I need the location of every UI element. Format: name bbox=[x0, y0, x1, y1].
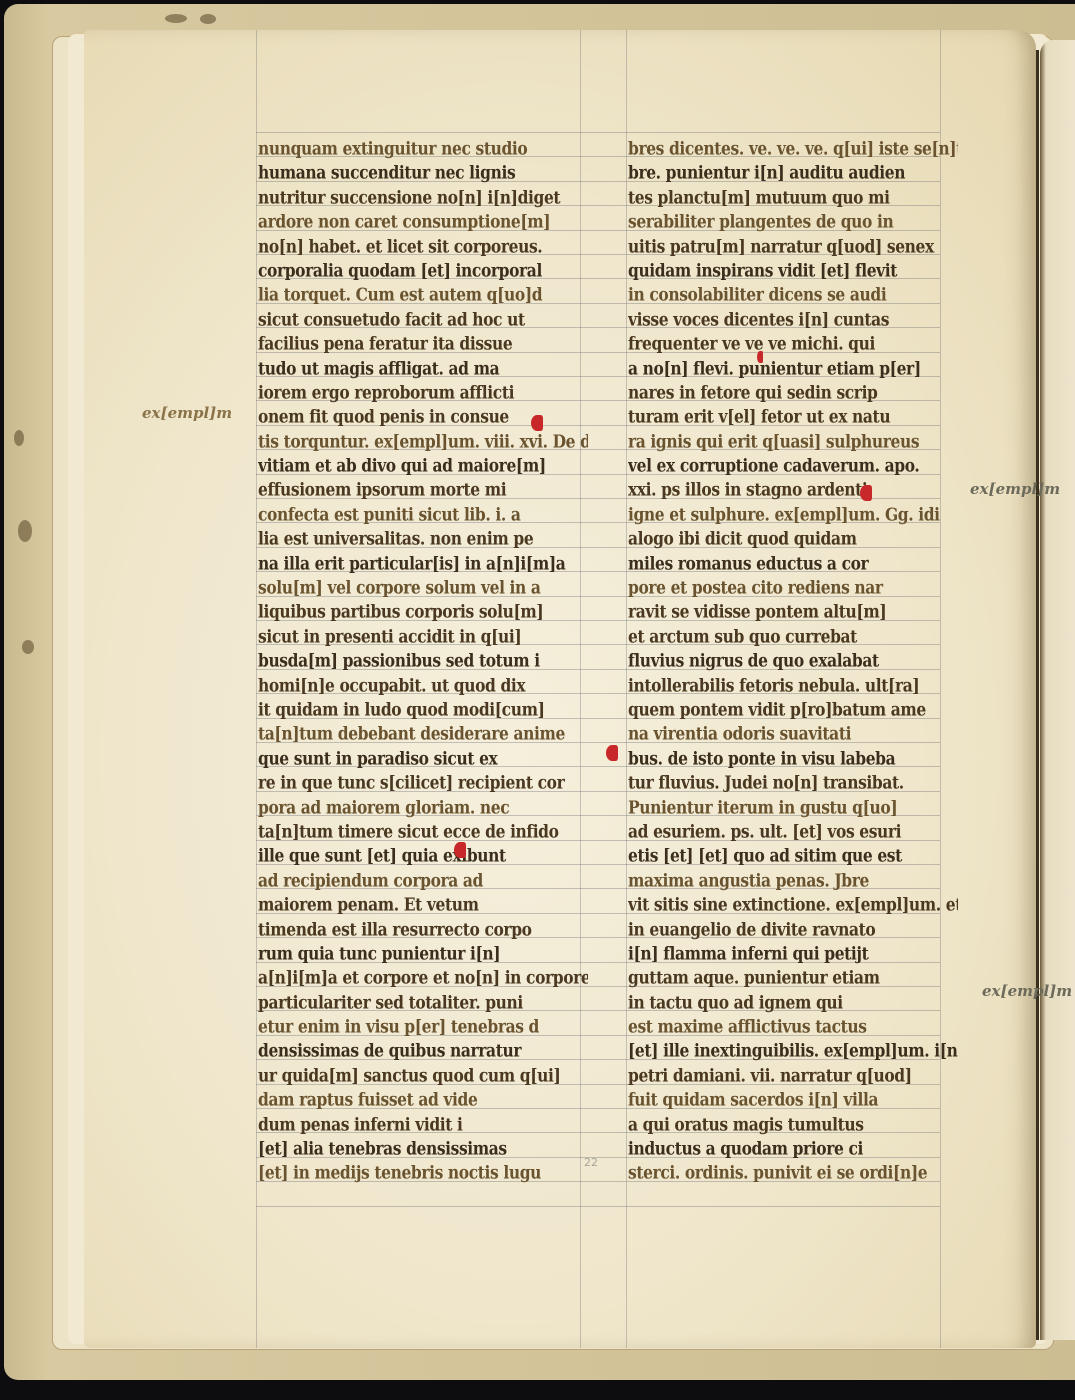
text-line: [et] in medijs tenebris noctis lugu bbox=[258, 1160, 588, 1188]
ruling-vertical bbox=[256, 30, 257, 1348]
folio-number: 22 bbox=[584, 1156, 598, 1169]
rubric-paraph-mark bbox=[531, 415, 543, 431]
ruling-line bbox=[256, 132, 940, 133]
stain bbox=[22, 640, 34, 654]
text-column-left: nunquam extinguitur nec studiohumana suc… bbox=[258, 137, 588, 1186]
ruling-vertical bbox=[626, 30, 627, 1348]
text-line: sterci. ordinis. punivit ei se ordi[n]e bbox=[628, 1160, 958, 1188]
text-line: re in que tunc s[cilicet] recipient cor bbox=[258, 769, 588, 797]
rubric-touch bbox=[757, 351, 763, 363]
rubric-paraph-mark bbox=[606, 745, 618, 761]
rubric-paraph-mark bbox=[454, 842, 466, 858]
text-line: maiorem penam. Et vetum bbox=[258, 891, 588, 919]
text-column-right: bres dicentes. ve. ve. ve. q[ui] iste se… bbox=[628, 137, 958, 1186]
stain bbox=[200, 14, 216, 24]
stain bbox=[18, 520, 32, 542]
stain bbox=[14, 430, 24, 446]
gutter bbox=[1036, 50, 1039, 1340]
facing-page-edge bbox=[1040, 40, 1075, 1340]
text-line: tur fluvius. Judei no[n] transibat. bbox=[628, 769, 958, 797]
text-line: vit sitis sine extinctione. ex[empl]um. … bbox=[628, 891, 958, 919]
marginal-note-left: ex[empl]m bbox=[142, 404, 232, 422]
marginal-note-right: ex[empl]m bbox=[970, 480, 1060, 498]
rubric-paraph-mark bbox=[860, 485, 872, 501]
stain bbox=[165, 14, 187, 23]
ruling-line bbox=[256, 1206, 940, 1207]
text-line: facilius pena feratur ita dissue bbox=[258, 330, 588, 358]
text-line: frequenter ve ve ve michi. qui bbox=[628, 330, 958, 358]
marginal-note-right: ex[empl]m bbox=[982, 982, 1072, 1000]
